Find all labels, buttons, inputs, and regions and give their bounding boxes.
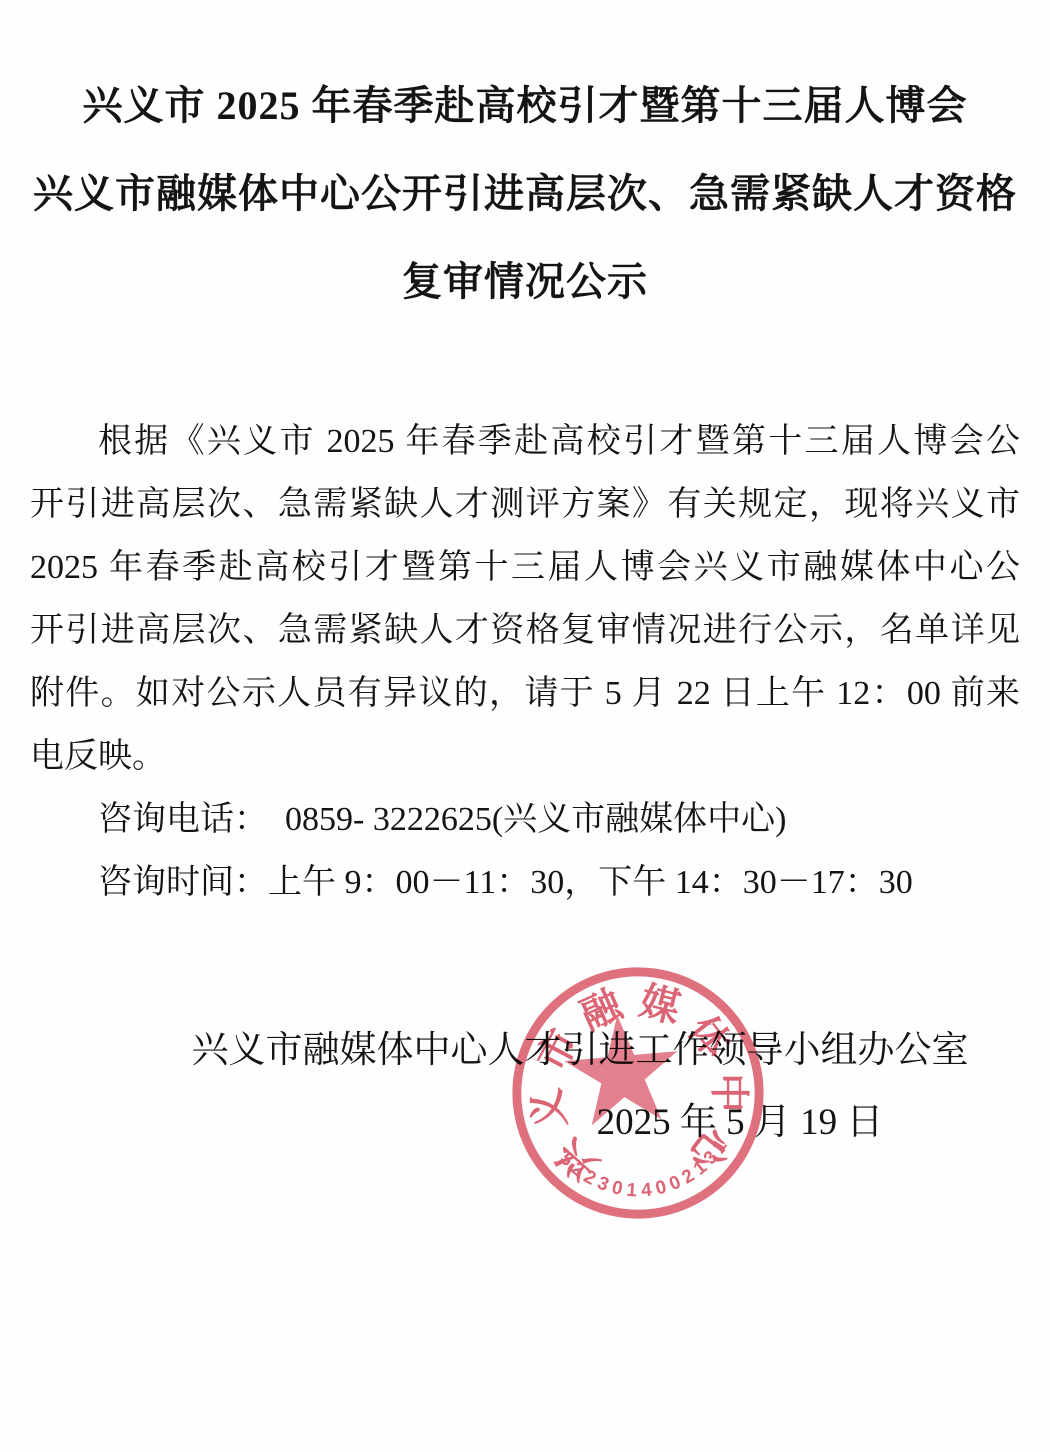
body-line: 附件。如对公示人员有异议的，请于 5 月 22 日上午 12：00 前来 <box>30 662 1020 725</box>
body-line: 电反映。 <box>30 725 1020 788</box>
svg-text:0: 0 <box>666 1171 684 1194</box>
signer-line: 兴义市融媒体中心人才引进工作领导小组办公室 <box>0 1020 1050 1082</box>
title-line-1: 兴义市 2025 年春季赴高校引才暨第十三届人博会 <box>0 62 1050 150</box>
body-paragraph: 根据《兴义市 2025 年春季赴高校引才暨第十三届人博会公 开引进高层次、急需紧… <box>30 410 1020 914</box>
svg-text:1: 1 <box>689 1156 710 1179</box>
svg-text:4: 4 <box>640 1178 653 1200</box>
contact-phone-line: 咨询电话： 0859- 3222625(兴义市融媒体中心) <box>30 788 1020 851</box>
body-line: 开引进高层次、急需紧缺人才测评方案》有关规定，现将兴义市 <box>30 473 1020 536</box>
title-line-3: 复审情况公示 <box>0 238 1050 326</box>
seal-ring-text: 兴义市融媒体中心 <box>515 970 760 1194</box>
contact-time-line: 咨询时间：上午 9：00－11：30，下午 14：30－17：30 <box>30 851 1020 914</box>
svg-text:2: 2 <box>678 1164 698 1187</box>
svg-text:0: 0 <box>610 1176 625 1199</box>
svg-text:2: 2 <box>567 1157 588 1180</box>
svg-text:0: 0 <box>653 1176 668 1199</box>
document-page: 兴义市 2025 年春季赴高校引才暨第十三届人博会 兴义市融媒体中心公开引进高层… <box>0 0 1050 1452</box>
body-line: 2025 年春季赴高校引才暨第十三届人博会兴义市融媒体中心公 <box>30 536 1020 599</box>
body-line: 开引进高层次、急需紧缺人才资格复审情况进行公示，名单详见 <box>30 599 1020 662</box>
body-line: 根据《兴义市 2025 年春季赴高校引才暨第十三届人博会公 <box>30 410 1020 473</box>
date-line: 2025 年 5 月 19 日 <box>0 1092 1050 1154</box>
svg-text:3: 3 <box>595 1172 612 1195</box>
title-line-2: 兴义市融媒体中心公开引进高层次、急需紧缺人才资格 <box>0 150 1050 238</box>
svg-text:1: 1 <box>626 1179 638 1201</box>
svg-text:2: 2 <box>580 1165 600 1188</box>
document-title: 兴义市 2025 年春季赴高校引才暨第十三届人博会 兴义市融媒体中心公开引进高层… <box>0 0 1050 326</box>
